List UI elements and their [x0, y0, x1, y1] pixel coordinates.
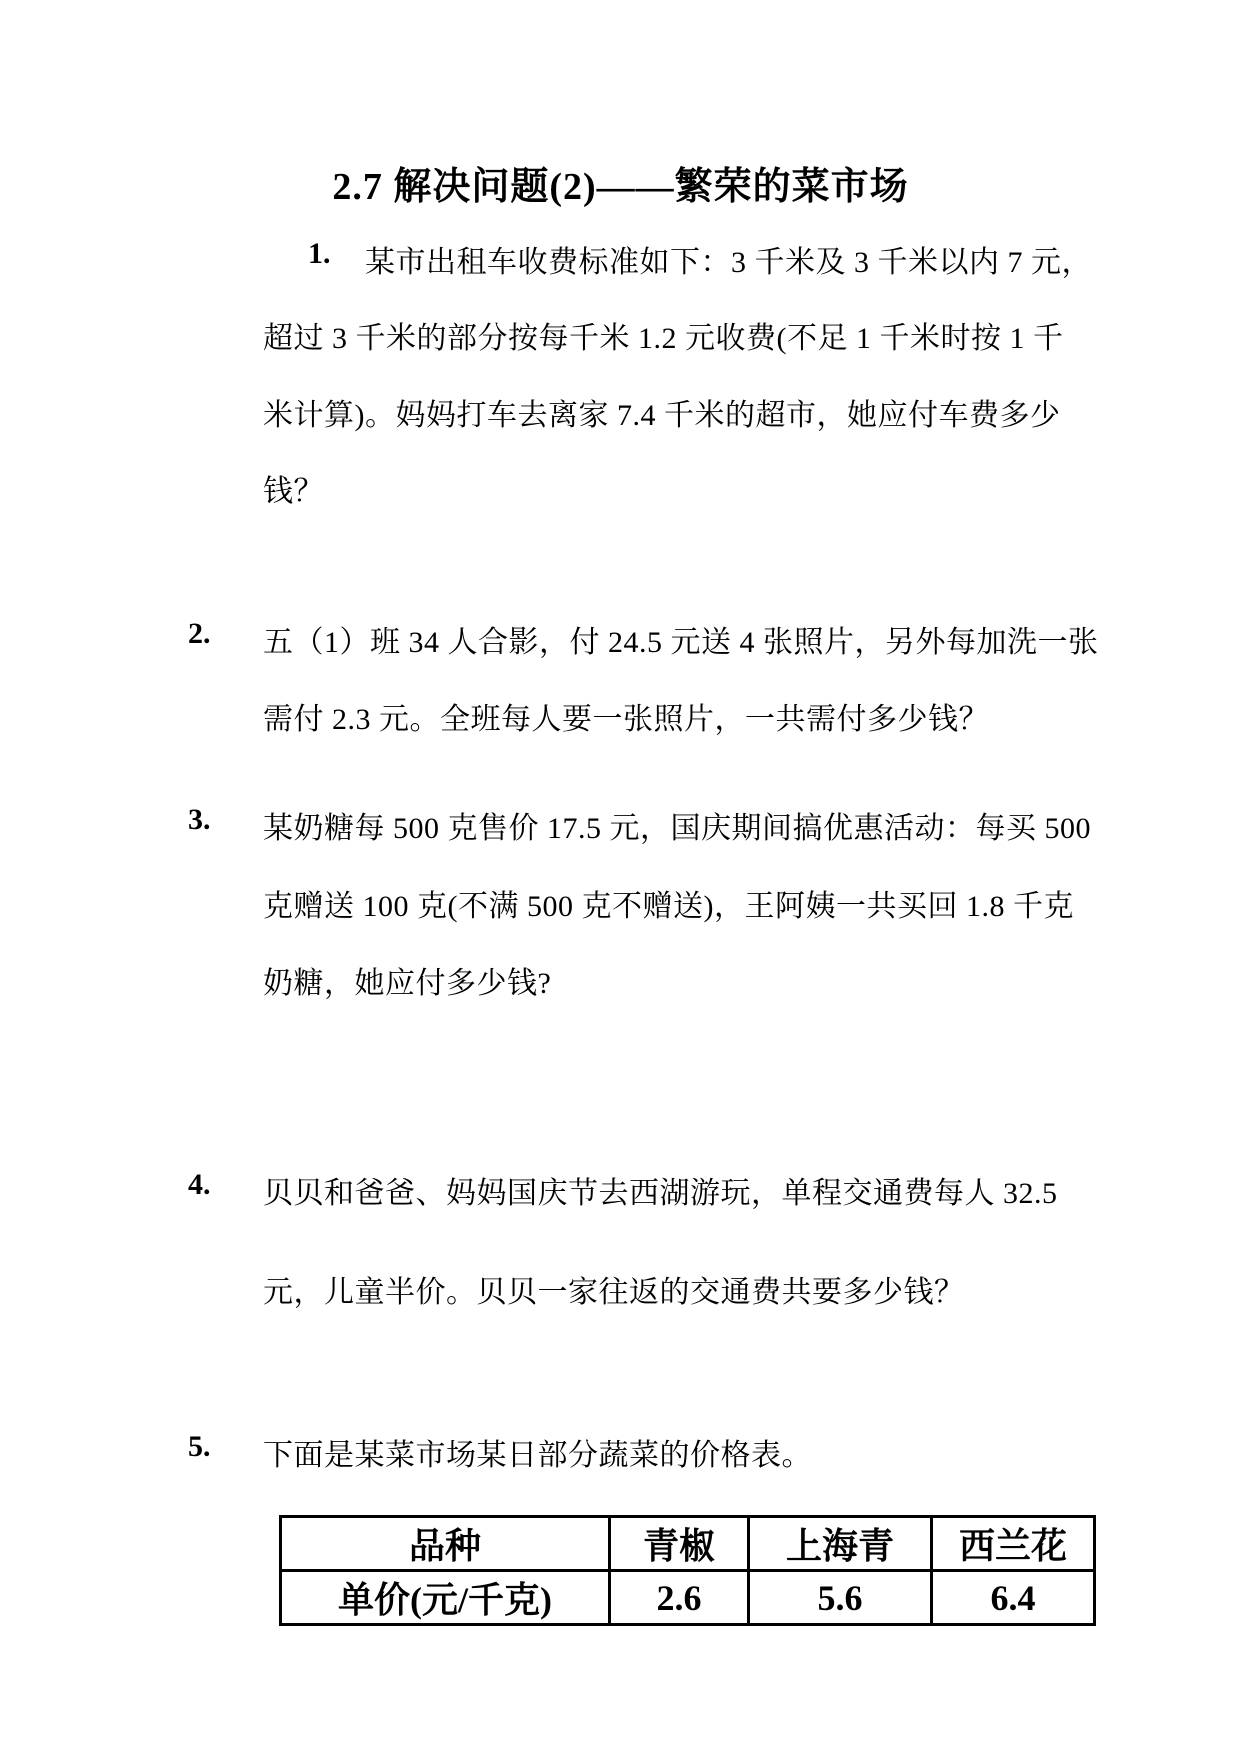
- question-1-line-2: 超过 3 千米的部分按每千米 1.2 元收费(不足 1 千米时按 1 千: [263, 313, 1064, 357]
- question-1-line-3: 米计算)。妈妈打车去离家 7.4 千米的超市，她应付车费多少: [263, 390, 1061, 434]
- question-3-line-2: 克赠送 100 克(不满 500 克不赠送)，王阿姨一共买回 1.8 千克: [263, 881, 1074, 925]
- page-title: 2.7 解决问题(2)——繁荣的菜市场: [0, 155, 1241, 210]
- question-3-number: 3.: [188, 803, 211, 837]
- price-table-header-row: 品种 青椒 上海青 西兰花: [281, 1517, 1095, 1571]
- table-cell-green-pepper: 青椒: [610, 1517, 749, 1571]
- worksheet-page: 2.7 解决问题(2)——繁荣的菜市场 1. 某市出租车收费标准如下：3 千米及…: [0, 0, 1241, 1754]
- question-3-line-3: 奶糖，她应付多少钱?: [263, 958, 551, 1002]
- table-cell-unit-price-label: 单价(元/千克): [281, 1571, 610, 1625]
- question-3-line-1: 某奶糖每 500 克售价 17.5 元，国庆期间搞优惠活动：每买 500: [263, 803, 1091, 847]
- question-4-line-1: 贝贝和爸爸、妈妈国庆节去西湖游玩，单程交通费每人 32.5: [263, 1168, 1058, 1212]
- price-table-price-row: 单价(元/千克) 2.6 5.6 6.4: [281, 1571, 1095, 1625]
- question-5-number: 5.: [188, 1430, 211, 1464]
- question-2-line-2: 需付 2.3 元。全班每人要一张照片，一共需付多少钱？: [263, 694, 989, 738]
- table-cell-shanghai-green: 上海青: [749, 1517, 932, 1571]
- table-cell-variety-label: 品种: [281, 1517, 610, 1571]
- question-1-line-4: 钱？: [263, 466, 324, 510]
- table-cell-green-pepper-price: 2.6: [610, 1571, 749, 1625]
- question-1-number: 1.: [308, 237, 331, 271]
- question-5-line-1: 下面是某菜市场某日部分蔬菜的价格表。: [263, 1430, 812, 1474]
- question-4-line-2: 元，儿童半价。贝贝一家往返的交通费共要多少钱？: [263, 1267, 965, 1311]
- question-1-line-1: 某市出租车收费标准如下：3 千米及 3 千米以内 7 元，: [365, 237, 1092, 281]
- table-cell-broccoli-price: 6.4: [932, 1571, 1095, 1625]
- table-cell-broccoli: 西兰花: [932, 1517, 1095, 1571]
- price-table: 品种 青椒 上海青 西兰花 单价(元/千克) 2.6 5.6 6.4: [279, 1515, 1096, 1626]
- question-2-number: 2.: [188, 617, 211, 651]
- question-2-line-1: 五（1）班 34 人合影，付 24.5 元送 4 张照片，另外每加洗一张: [263, 617, 1099, 661]
- table-cell-shanghai-green-price: 5.6: [749, 1571, 932, 1625]
- question-4-number: 4.: [188, 1168, 211, 1202]
